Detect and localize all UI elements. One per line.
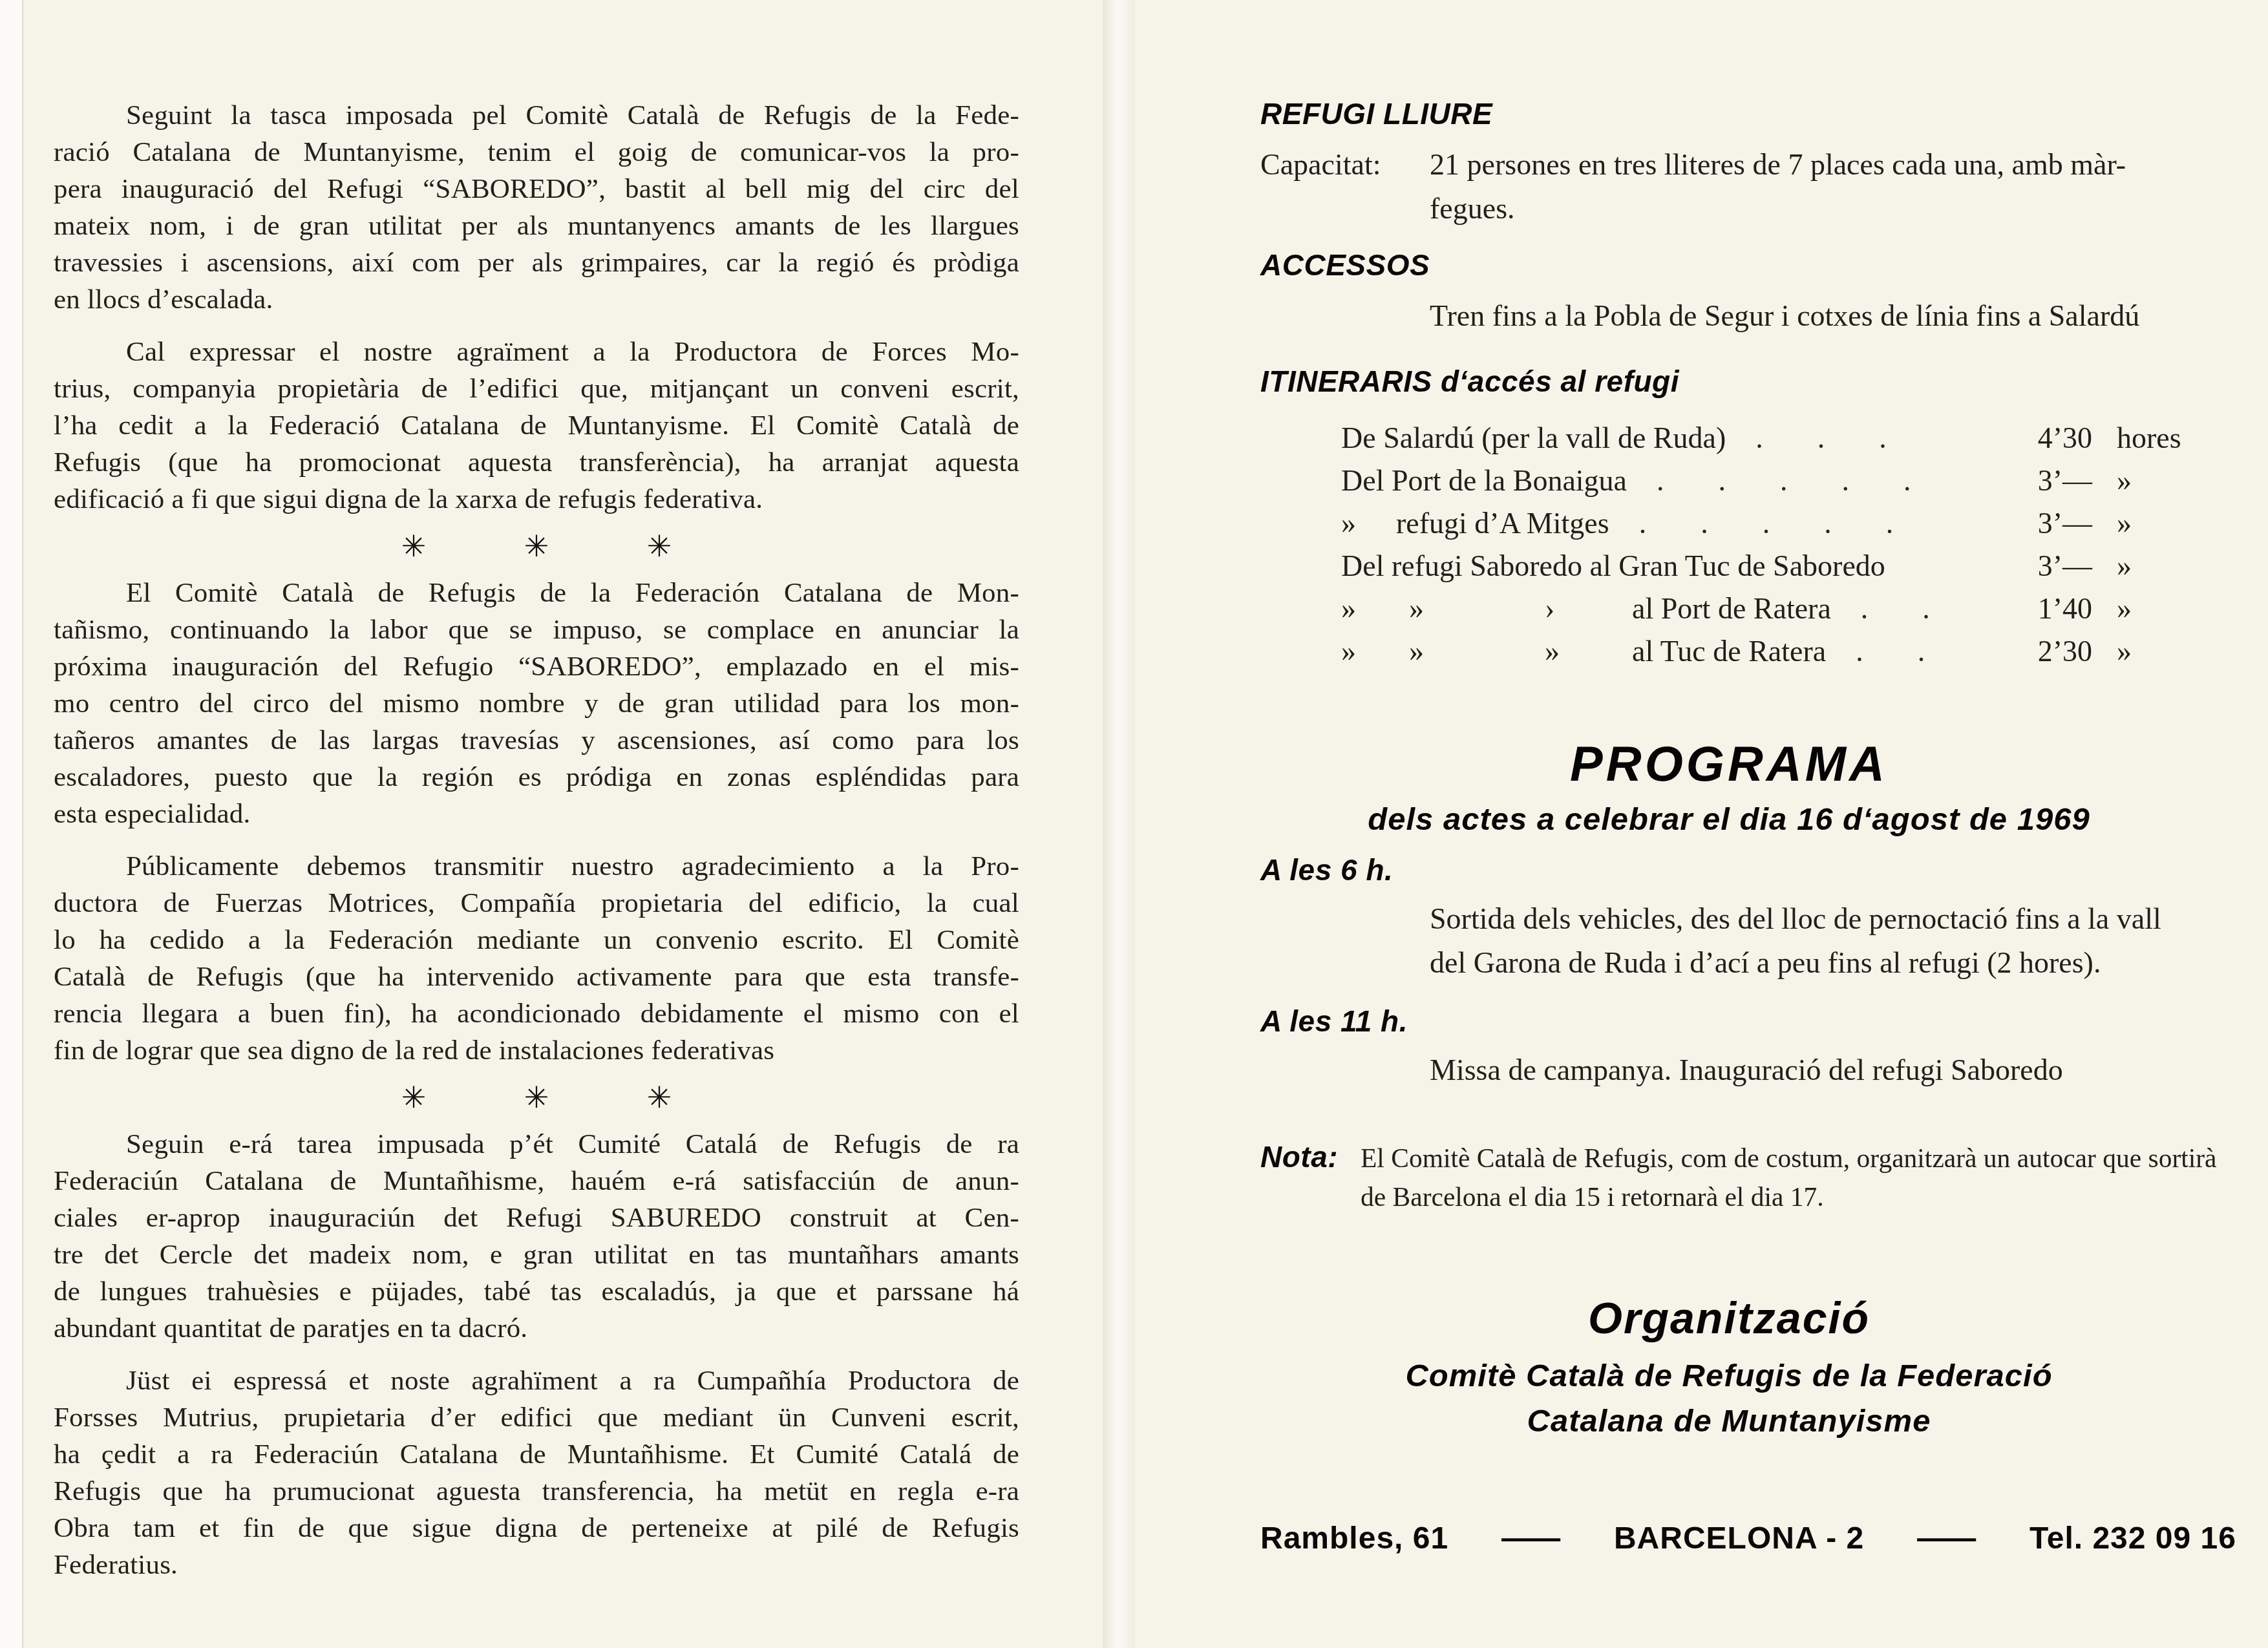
paragraph-line: Jüst ei espressá et noste agrahïment a r… <box>54 1362 1019 1399</box>
right-page: REFUGI LLIURE Capacitat: 21 persones en … <box>1260 0 2236 1648</box>
nota-text: El Comitè Català de Refugis, com de cost… <box>1361 1139 2236 1216</box>
paragraph-line: Públicamente debemos transmitir nuestro … <box>54 848 1019 885</box>
paragraph-line: rencia llegara a buen fin), ha acondicio… <box>54 995 1019 1032</box>
paragraph: Seguint la tasca imposada pel Comitè Cat… <box>54 97 1019 318</box>
programa-subtitle: dels actes a celebrar el dia 16 d‘agost … <box>1260 800 2198 839</box>
itinerary-time: 3’— <box>1995 460 2092 502</box>
itinerary-route: Del refugi Saboredo al Gran Tuc de Sabor… <box>1341 545 1885 587</box>
paragraph-line: tre det Cercle det madeix nom, e gran ut… <box>54 1236 1019 1273</box>
itinerary-table: De Salardú (per la vall de Ruda)...4’30h… <box>1260 417 2236 673</box>
itinerary-time: 3’— <box>1995 502 2092 545</box>
star-separator: ✳ ✳ ✳ <box>54 1084 1019 1110</box>
paragraph-line: mo centro del circo del mismo nombre y d… <box>54 685 1019 722</box>
paragraph-line: Refugis (que ha promocionat aquesta tran… <box>54 444 1019 481</box>
itineraris-heading: ITINERARIS d‘accés al refugi <box>1260 363 2236 399</box>
paragraph-line: Refugis que ha prumucionat aguesta trans… <box>54 1473 1019 1510</box>
paragraph-line: tañeros amantes de las largas travesías … <box>54 722 1019 759</box>
footer-contact-line: Rambles, 61 — BARCELONA - 2 — Tel. 232 0… <box>1260 1517 2236 1560</box>
ditto-mark: » <box>1341 630 1409 673</box>
capacity-label: Capacitat: <box>1260 143 1430 186</box>
paragraph-line: Seguin e-rá tarea impusada p’ét Cumité C… <box>54 1126 1019 1163</box>
itinerary-row: »»»al Tuc de Ratera..2’30» <box>1260 630 2236 673</box>
text-line: Catalana de Muntanyisme <box>1260 1399 2198 1444</box>
itinerary-route: Del Port de la Bonaigua <box>1341 460 1627 502</box>
dot-leader: .. <box>1831 587 1995 630</box>
paragraph: Seguin e-rá tarea impusada p’ét Cumité C… <box>54 1126 1019 1347</box>
event-11h-heading: A les 11 h. <box>1260 1003 2236 1039</box>
refugi-lliure-heading: REFUGI LLIURE <box>1260 96 2236 132</box>
capacity-value-line2: fegues. <box>1260 187 2268 230</box>
nota-label: Nota: <box>1260 1139 1361 1175</box>
dot-leader: ... <box>1726 417 1995 460</box>
paragraph-line: esta especialidad. <box>54 796 1019 832</box>
paragraph-line: pera inauguració del Refugi “SABOREDO”, … <box>54 171 1019 207</box>
paragraph-line: de lungues trahuèsies e püjades, tabé ta… <box>54 1273 1019 1310</box>
accessos-line: Tren fins a la Pobla de Segur i cotxes d… <box>1260 295 2268 337</box>
dot-leader: ..... <box>1609 502 1995 545</box>
paragraph: Cal expressar el nostre agraïment a la P… <box>54 333 1019 518</box>
paragraph-line: Seguint la tasca imposada pel Comitè Cat… <box>54 97 1019 134</box>
footer-dash-1: — <box>1501 1517 1561 1560</box>
event-6h-lines: Sortida dels vehicles, des del lloc de p… <box>1260 897 2268 985</box>
paragraph-line: El Comitè Català de Refugis de la Federa… <box>54 575 1019 611</box>
paragraph-line: l’ha cedit a la Federació Catalana de Mu… <box>54 407 1019 444</box>
itinerary-row: »»›al Port de Ratera..1’40» <box>1260 587 2236 630</box>
itinerary-time-unit: » <box>2092 502 2236 545</box>
paragraph-line: ració Catalana de Muntanyisme, tenim el … <box>54 134 1019 171</box>
itinerary-route: refugi d’A Mitges <box>1396 502 1609 545</box>
paragraph-line: en llocs d’escalada. <box>54 281 1019 318</box>
paragraph-line: Cal expressar el nostre agraïment a la P… <box>54 333 1019 370</box>
footer-phone: Tel. 232 09 16 <box>2030 1517 2236 1560</box>
paragraph-line: fin de lograr que sea digno de la red de… <box>54 1032 1019 1069</box>
ditto-mark: » <box>1341 502 1396 545</box>
organitzacio-heading: Organització <box>1260 1293 2198 1344</box>
itinerary-time: 2’30 <box>1995 630 2092 673</box>
itinerary-time: 1’40 <box>1995 587 2092 630</box>
text-line: de Barcelona el dia 15 i retornarà el di… <box>1361 1178 2236 1216</box>
paragraph-line: lo ha cedido a la Federación mediante un… <box>54 922 1019 958</box>
paragraph-line: abundant quantitat de paratjes en ta dac… <box>54 1310 1019 1347</box>
paragraph-line: Federaciún Catalana de Muntañhisme, haué… <box>54 1163 1019 1199</box>
dot-leader: ..... <box>1627 460 1995 502</box>
paragraph-line: Obra tam et fin de que sigue digna de pe… <box>54 1510 1019 1547</box>
ditto-mark: » <box>1409 587 1545 630</box>
star-separator: ✳ ✳ ✳ <box>54 533 1019 559</box>
capacity-row: Capacitat: 21 persones en tres lliteres … <box>1260 143 2236 186</box>
event-11h-lines: Missa de campanya. Inauguració del refug… <box>1260 1048 2268 1092</box>
footer-city: BARCELONA - 2 <box>1614 1517 1864 1560</box>
accessos-heading: ACCESSOS <box>1260 247 2236 283</box>
paragraph-line: travessies i ascensions, així com per al… <box>54 244 1019 281</box>
ditto-mark: » <box>1545 630 1632 673</box>
itinerary-time-unit: hores <box>2092 417 2236 460</box>
itinerary-route: De Salardú (per la vall de Ruda) <box>1341 417 1726 460</box>
itinerary-time-unit: » <box>2092 587 2236 630</box>
itinerary-route: al Tuc de Ratera <box>1632 630 1826 673</box>
itinerary-time: 3’— <box>1995 545 2092 587</box>
paragraph-line: escaladores, puesto que la región es pró… <box>54 759 1019 796</box>
text-line: El Comitè Català de Refugis, com de cost… <box>1361 1139 2236 1178</box>
left-page-text: Seguint la tasca imposada pel Comitè Cat… <box>54 97 1019 1599</box>
footer-address: Rambles, 61 <box>1260 1517 1448 1560</box>
paragraph-line: mateix nom, i de gran utilitat per als m… <box>54 207 1019 244</box>
nota-block: Nota: El Comitè Català de Refugis, com d… <box>1260 1139 2236 1216</box>
ditto-mark: › <box>1545 587 1632 630</box>
itinerary-route: al Port de Ratera <box>1632 587 1831 630</box>
leaflet-scan: Seguint la tasca imposada pel Comitè Cat… <box>0 0 2268 1648</box>
paragraph-line: próxima inauguración del Refugio “SABORE… <box>54 648 1019 685</box>
paragraph-line: Català de Refugis (que ha intervenido ac… <box>54 958 1019 995</box>
itinerary-time-unit: » <box>2092 630 2236 673</box>
text-line: Missa de campanya. Inauguració del refug… <box>1430 1048 2268 1092</box>
dot-leader: .. <box>1826 630 1995 673</box>
page-fold-crease <box>1103 0 1135 1648</box>
text-line: del Garona de Ruda i d’ací a peu fins al… <box>1430 941 2268 985</box>
paragraph: Públicamente debemos transmitir nuestro … <box>54 848 1019 1069</box>
paragraph-line: ciales er-aprop inauguraciún det Refugi … <box>54 1199 1019 1236</box>
paragraph-line: ductora de Fuerzas Motrices, Compañía pr… <box>54 885 1019 922</box>
scan-left-edge <box>0 0 23 1648</box>
programa-title: PROGRAMA <box>1260 737 2198 792</box>
paragraph-line: edificació a fi que sigui digna de la xa… <box>54 481 1019 518</box>
ditto-mark: » <box>1409 630 1545 673</box>
itinerary-row: Del refugi Saboredo al Gran Tuc de Sabor… <box>1260 545 2236 587</box>
paragraph-line: trius, companyia propietària de l’edific… <box>54 370 1019 407</box>
paragraph: Jüst ei espressá et noste agrahïment a r… <box>54 1362 1019 1583</box>
event-6h-heading: A les 6 h. <box>1260 852 2236 888</box>
text-line: Comitè Català de Refugis de la Federació <box>1260 1353 2198 1399</box>
paragraph-line: tañismo, continuando la labor que se imp… <box>54 611 1019 648</box>
footer-dash-2: — <box>1917 1517 1977 1560</box>
itinerary-time-unit: » <box>2092 460 2236 502</box>
paragraph-line: Forsses Mutrius, prupietaria d’er edific… <box>54 1399 1019 1436</box>
ditto-mark: » <box>1341 587 1409 630</box>
itinerary-row: Del Port de la Bonaigua.....3’—» <box>1260 460 2236 502</box>
itinerary-row: De Salardú (per la vall de Ruda)...4’30h… <box>1260 417 2236 460</box>
itinerary-time: 4’30 <box>1995 417 2092 460</box>
text-line: Sortida dels vehicles, des del lloc de p… <box>1430 897 2268 941</box>
itinerary-row: »refugi d’A Mitges.....3’—» <box>1260 502 2236 545</box>
itinerary-time-unit: » <box>2092 545 2236 587</box>
organitzacio-lines: Comitè Català de Refugis de la Federació… <box>1260 1353 2198 1444</box>
capacity-value-line1: 21 persones en tres lliteres de 7 places… <box>1430 143 2236 186</box>
paragraph-line: ha çedit a ra Federaciún Catalana de Mun… <box>54 1436 1019 1473</box>
paragraph: El Comitè Català de Refugis de la Federa… <box>54 575 1019 832</box>
paragraph-line: Federatius. <box>54 1547 1019 1583</box>
